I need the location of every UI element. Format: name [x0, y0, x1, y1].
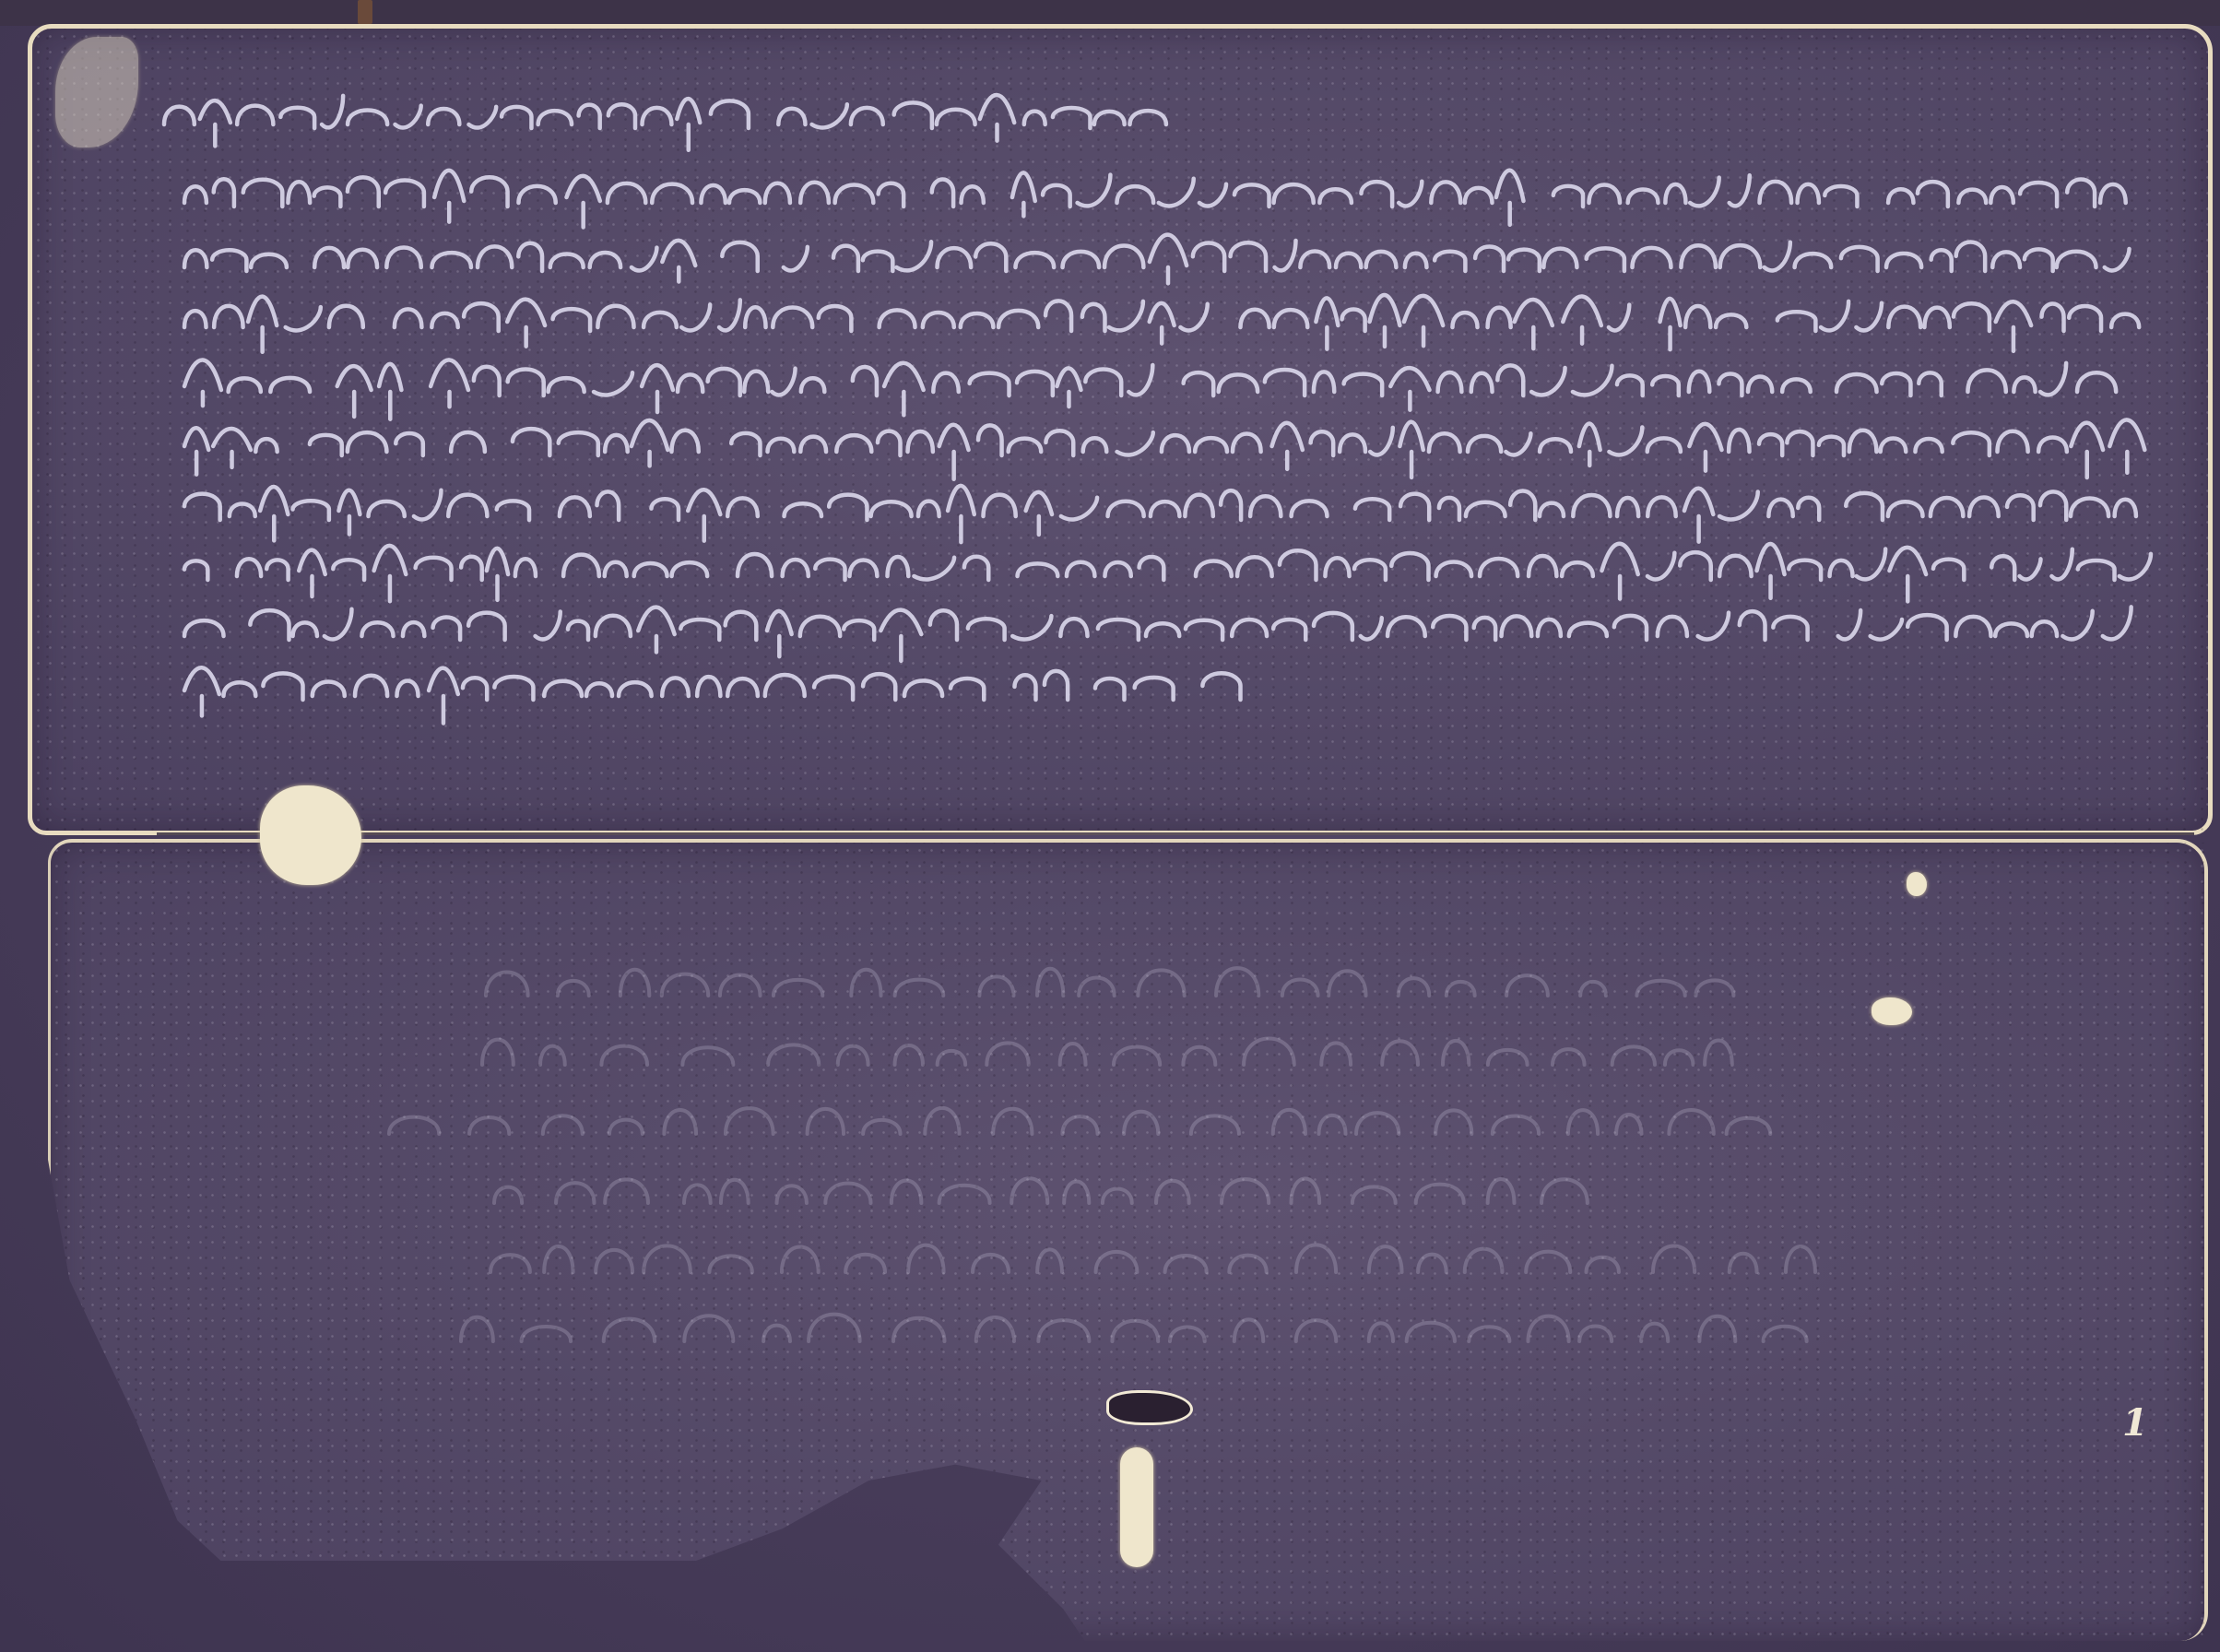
page-number-mark: 1 [2122, 1401, 2148, 1445]
crack-lower [1120, 1447, 1153, 1567]
manuscript-upper-panel [28, 24, 2213, 835]
stain-right-fold [1872, 997, 1912, 1025]
paper-texture [32, 29, 2208, 831]
stain-left-fold [260, 785, 361, 885]
top-background-strip [0, 0, 2220, 26]
binding-string [358, 0, 372, 24]
fold-crease [157, 832, 2194, 835]
stain-right-small [1907, 872, 1927, 896]
tear-hole [1106, 1390, 1193, 1425]
